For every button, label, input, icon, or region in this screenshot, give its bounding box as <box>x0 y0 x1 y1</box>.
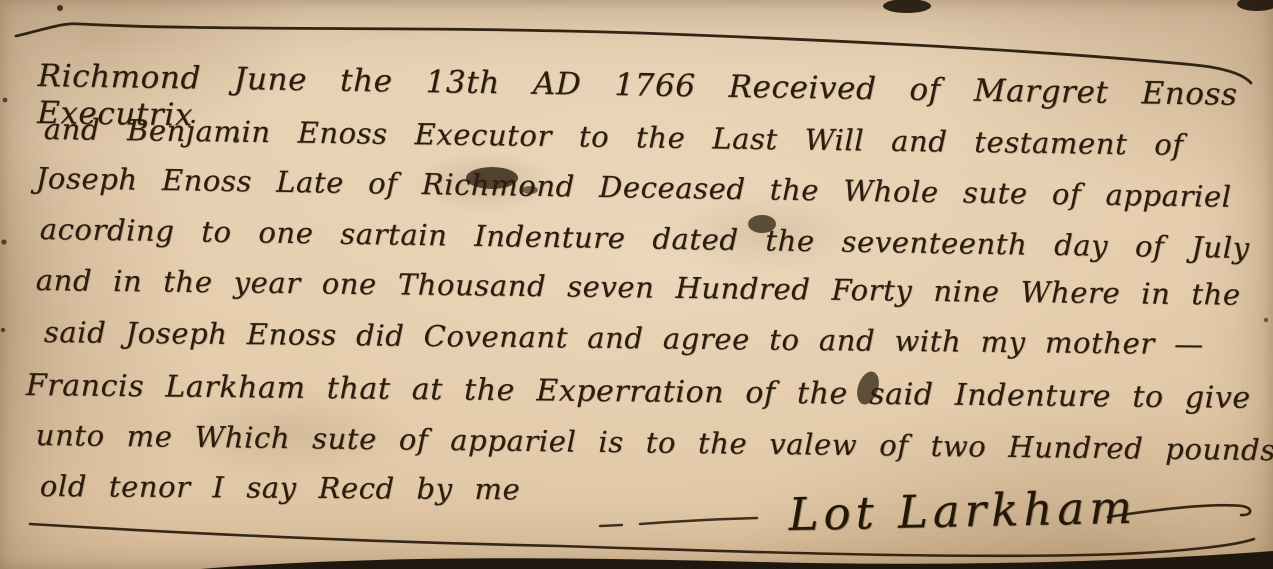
ink-speck <box>1 328 5 332</box>
ink-speck <box>1264 318 1268 322</box>
signature: Lot Larkham <box>788 481 1137 541</box>
ink-speck <box>3 98 8 103</box>
signature-leading-dash <box>600 518 757 526</box>
ink-blot <box>883 0 931 13</box>
ink-speck <box>1 239 6 244</box>
ink-speck <box>57 5 63 11</box>
ink-blot <box>1237 0 1273 11</box>
manuscript-line: old tenor I say Recd by me <box>40 469 521 507</box>
manuscript-scan: Richmond June the 13th AD 1766 Received … <box>0 0 1273 569</box>
